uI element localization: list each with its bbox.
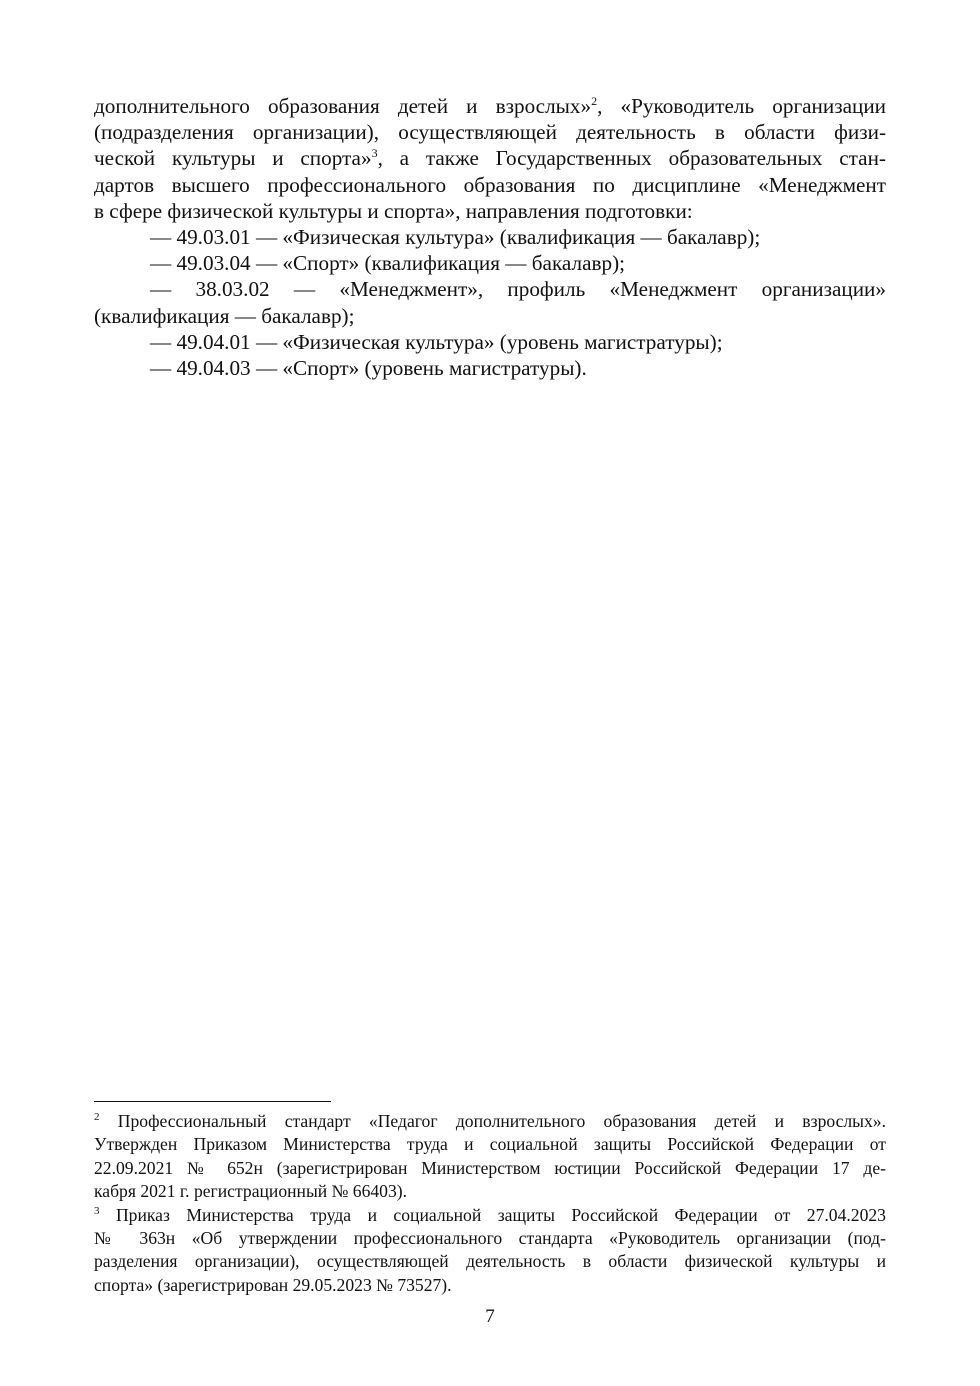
paragraph-line: ческой культуры и спорта»3, а также Госу… [94,145,886,171]
footnote-line: № 363н «Об утверждении профессионального… [94,1227,886,1250]
text-run: , а также Государственных образовательны… [378,146,886,170]
footnote-2: 2 Профессиональный стандарт «Педагог доп… [94,1110,886,1133]
footnote-ref-2[interactable]: 2 [591,94,597,108]
paragraph-line: в сфере физической культуры и спорта», н… [94,198,886,224]
list-item: — 49.04.01 — «Физическая культура» (уров… [94,329,886,355]
footnote-text: Профессиональный стандарт «Педагог допол… [118,1111,886,1131]
text-run: ческой культуры и спорта» [94,146,372,170]
paragraph-line: (подразделения организации), осуществляю… [94,119,886,145]
body-text: дополнительного образования детей и взро… [94,93,886,381]
list-item: — 49.04.03 — «Спорт» (уровень магистрату… [94,355,886,381]
footnote-line: 22.09.2021 № 652н (зарегистрирован Минис… [94,1157,886,1180]
footnote-text: Приказ Министерства труда и социальной з… [116,1205,886,1225]
paragraph-line: дополнительного образования детей и взро… [94,93,886,119]
text-run: дополнительного образования детей и взро… [94,94,591,118]
footnote-number: 2 [94,1111,100,1123]
list-item: — 38.03.02 — «Менеджмент», профиль «Мене… [94,276,886,302]
list-item: — 49.03.01 — «Физическая культура» (квал… [94,224,886,250]
footnotes: 2 Профессиональный стандарт «Педагог доп… [94,1110,886,1297]
text-run: , «Руководитель организации [597,94,886,118]
footnote-ref-3[interactable]: 3 [372,146,378,160]
footnote-line: Утвержден Приказом Министерства труда и … [94,1133,886,1156]
footnote-line: разделения организации), осуществляющей … [94,1250,886,1273]
page-number: 7 [0,1306,980,1328]
list-item-continuation: (квалификация — бакалавр); [94,303,886,329]
footnote-line: кабря 2021 г. регистрационный № 66403). [94,1180,886,1203]
footnote-number: 3 [94,1205,100,1217]
list-item: — 49.03.04 — «Спорт» (квалификация — бак… [94,250,886,276]
paragraph-line: дартов высшего профессионального образов… [94,172,886,198]
footnote-separator [94,1101,331,1102]
footnote-3: 3 Приказ Министерства труда и социальной… [94,1204,886,1227]
footnote-line: спорта» (зарегистрирован 29.05.2023 № 73… [94,1274,886,1297]
